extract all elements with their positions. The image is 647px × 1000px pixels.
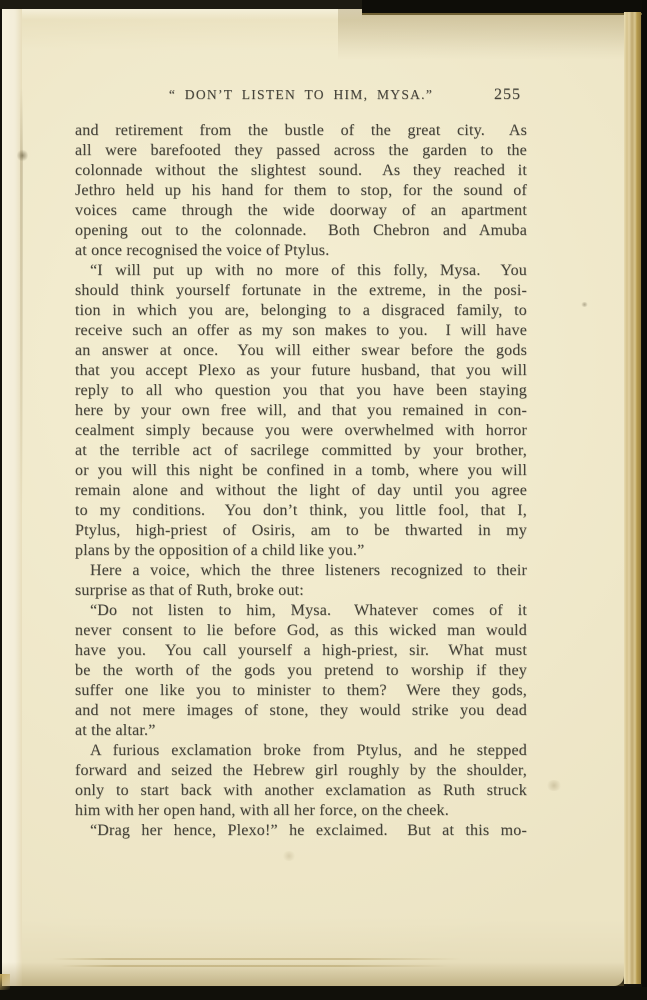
underlying-page-edge-line [52,958,462,960]
text-line: colonnade without the slightest sound. A… [75,161,527,181]
text-line: to my conditions. You don’t think, you l… [75,501,527,521]
book-edge-right [642,0,647,1000]
text-line: that you accept Plexo as your future hus… [75,361,527,381]
text-line: only to start back with another exclamat… [75,781,527,801]
paragraph-2: “I will put up with no more of this foll… [75,261,527,561]
paragraph-4: “Do not listen to him, Mysa. Whatever co… [75,601,527,741]
text-line: surprise as that of Ruth, broke out: [75,581,527,601]
text-line: “Do not listen to him, Mysa. Whatever co… [75,601,527,621]
text-line: be the worth of the gods you pretend to … [75,661,527,681]
book-edge-bottom [0,987,647,1000]
printed-content: “ DON’T LISTEN TO HIM, MYSA.” 255 and re… [75,86,527,841]
paper-top-shadow [338,8,624,60]
text-line: and retirement from the bustle of the gr… [75,121,527,141]
text-line: and not mere images of stone, they would… [75,701,527,721]
scan-smudge [546,780,562,791]
text-line: or you will this night be confined in a … [75,461,527,481]
text-line: an answer at once. You will either swear… [75,341,527,361]
text-line: should think yourself fortunate in the e… [75,281,527,301]
text-line: never consent to lie before God, as this… [75,621,527,641]
text-line: at the altar.” [75,721,527,741]
text-line: opening out to the colonnade. Both Chebr… [75,221,527,241]
scan-smudge [282,851,296,861]
underlying-page-edge-line [60,965,450,967]
text-line: remain alone and without the light of da… [75,481,527,501]
book-page-scan: “ DON’T LISTEN TO HIM, MYSA.” 255 and re… [0,0,647,1000]
text-line: Jethro held up his hand for them to stop… [75,181,527,201]
running-header: “ DON’T LISTEN TO HIM, MYSA.” 255 [75,86,527,106]
text-line: suffer one like you to minister to them?… [75,681,527,701]
text-line: him with her open hand, with all her for… [75,801,527,821]
text-line: “I will put up with no more of this foll… [75,261,527,281]
paragraph-6: “Drag her hence, Plexo!” he exclaimed. B… [75,821,527,841]
book-edge-top-right [362,0,647,13]
bottom-left-page-corner [0,974,10,990]
text-line: forward and seized the Hebrew girl rough… [75,761,527,781]
text-line: cealment simply because you were overwhe… [75,421,527,441]
text-line: have you. You call yourself a high-pries… [75,641,527,661]
scan-smudge [17,149,28,162]
text-line: reply to all who question you that you h… [75,381,527,401]
paper-top-highlight [2,8,362,20]
paragraph-3: Here a voice, which the three listeners … [75,561,527,601]
text-line: voices came through the wide doorway of … [75,201,527,221]
page-edge-stack-right [624,12,641,984]
text-line: tion in which you are, belonging to a di… [75,301,527,321]
book-edge-top-left [0,0,362,9]
text-line: all were barefooted they passed across t… [75,141,527,161]
paragraph-5: A furious exclamation broke from Ptylus,… [75,741,527,821]
text-line: at the terrible act of sacrilege committ… [75,441,527,461]
text-line: plans by the opposition of a child like … [75,541,527,561]
text-line: here by your own free will, and that you… [75,401,527,421]
book-edge-top-accent [362,13,647,15]
scan-smudge [581,302,588,307]
running-header-title: “ DON’T LISTEN TO HIM, MYSA.” [169,87,433,102]
text-line: Here a voice, which the three listeners … [75,561,527,581]
page-body-text: and retirement from the bustle of the gr… [75,121,527,841]
text-line: at once recognised the voice of Ptylus. [75,241,527,261]
text-line: Ptylus, high-priest of Osiris, am to be … [75,521,527,541]
text-line: A furious exclamation broke from Ptylus,… [75,741,527,761]
page-number: 255 [494,86,521,104]
paragraph-1: and retirement from the bustle of the gr… [75,121,527,261]
text-line: “Drag her hence, Plexo!” he exclaimed. B… [75,821,527,841]
text-line: receive such an offer as my son makes to… [75,321,527,341]
